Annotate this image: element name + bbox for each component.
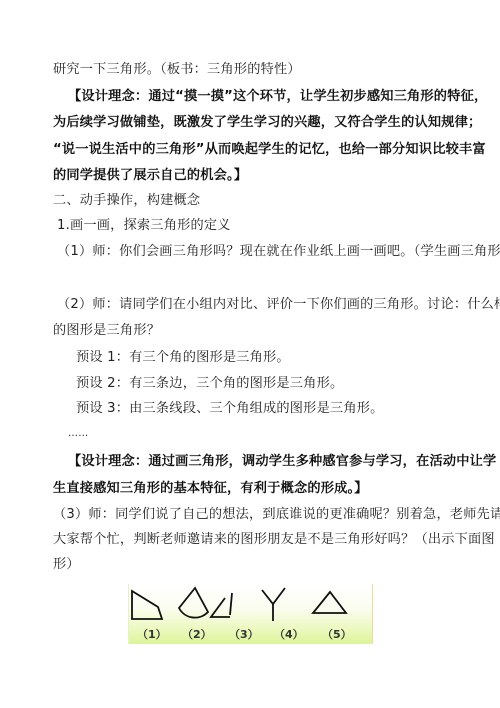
design-note-line: 生直接感知三角形的基本特征，有利于概念的形成。】 bbox=[53, 480, 368, 498]
design-note-line: “说一说生活中的三角形”从而唤起学生的记忆，也给一部分知识比较丰富 bbox=[53, 141, 486, 159]
design-note-line: 为后续学习做铺垫，既激发了学生学习的兴趣，又符合学生的认知规律； bbox=[53, 114, 481, 132]
shape-2-sector-icon bbox=[179, 588, 208, 618]
text-line: （1）师：你们会画三角形吗？现在就在作业纸上画一画吧。（学生画三角形） bbox=[57, 243, 500, 261]
shape-label: （1） bbox=[137, 626, 167, 642]
hypothesis-line: 预设 3：由三条线段、三个角组成的图形是三角形。 bbox=[76, 400, 384, 418]
subsection-heading: 1.画一画，探索三角形的定义 bbox=[57, 217, 231, 235]
shape-label: （2） bbox=[182, 626, 212, 642]
text-line: 大家帮个忙，判断老师邀请来的图形朋友是不是三角形好吗？（出示下面图 bbox=[53, 531, 495, 549]
hypothesis-line: 预设 2：有三条边，三个角的图形是三角形。 bbox=[76, 375, 343, 393]
shape-label: （3） bbox=[229, 626, 259, 642]
design-note-line: 【设计理念：通过画三角形，调动学生多种感官参与学习，在活动中让学 bbox=[68, 453, 496, 471]
ellipsis-line: …… bbox=[68, 425, 88, 443]
text-line: 的图形是三角形？ bbox=[53, 322, 160, 340]
text-line: （3）师：同学们说了自己的想法，到底谁说的更准确呢？别着急，老师先请 bbox=[53, 506, 500, 524]
shape-1-quadrilateral-icon bbox=[132, 591, 162, 619]
design-note-line: 的同学提供了展示自己的机会。】 bbox=[53, 167, 247, 185]
text-line: （2）师：请同学们在小组内对比、评价一下你们画的三角形。讨论：什么样 bbox=[57, 296, 500, 314]
text-line: 研究一下三角形。（板书：三角形的特性） bbox=[53, 61, 301, 79]
shape-3-open-triangle-icon bbox=[230, 593, 232, 615]
shapes-figure: （1） （2） （3） （4） （5） bbox=[128, 584, 373, 644]
text-line: 形） bbox=[53, 556, 80, 574]
section-heading: 二、动手操作，构建概念 bbox=[53, 192, 200, 210]
shape-label: （5） bbox=[322, 626, 352, 642]
shape-label: （4） bbox=[274, 626, 304, 642]
shape-5-triangle-icon bbox=[313, 592, 346, 613]
hypothesis-line: 预设 1：有三个角的图形是三角形。 bbox=[76, 349, 290, 367]
design-note-line: 【设计理念：通过“摸一摸”这个环节，让学生初步感知三角形的特征， bbox=[68, 88, 487, 106]
